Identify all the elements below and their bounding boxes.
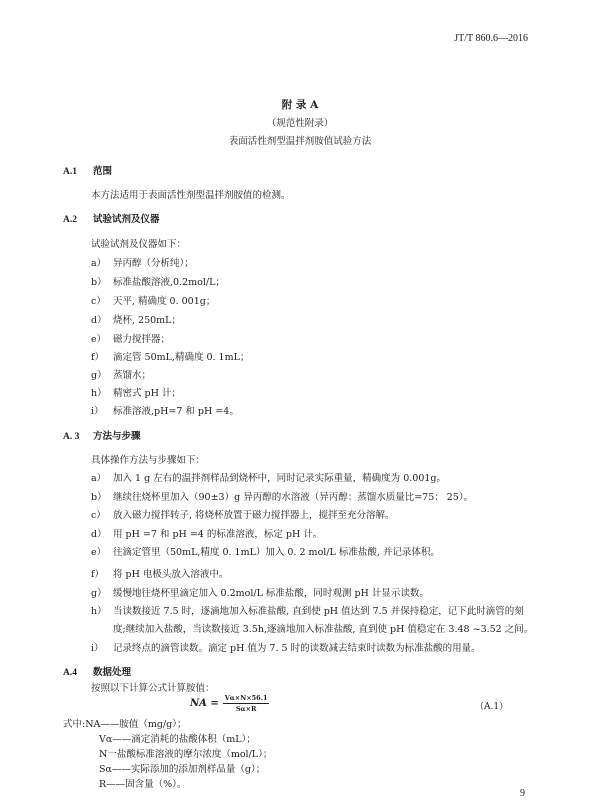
- paragraph: 试验试剂及仪器如下：: [91, 236, 186, 250]
- list-item: i）标准溶液,pH=7 和 pH =4。: [91, 403, 239, 417]
- list-item: b）继续往烧杯里加入（90±3）g 异丙醇的水溶液（异丙醇：蒸馏水质量比=75：…: [91, 489, 473, 503]
- section-heading-a4: A.4数据处理: [63, 664, 131, 678]
- list-item: g）缓慢地往烧杯里滴定加入 0.2mol/L 标准盐酸，同时观测 pH 计显示读…: [91, 585, 429, 599]
- page-number: 9: [520, 788, 525, 799]
- list-item: c）放入磁力搅拌转子, 将烧杯放置于磁力搅拌器上，搅拌至充分溶解。: [91, 507, 395, 521]
- formula-denominator: Sα×R: [236, 704, 257, 713]
- section-title: 方法与步骤: [93, 431, 141, 442]
- appendix-subtitle: （规范性附录）: [0, 115, 600, 129]
- list-item: f）滴定管 50mL,精确度 0. 1mL；: [91, 349, 249, 363]
- paragraph: 具体操作方法与步骤如下：: [91, 452, 205, 466]
- list-item-continuation: 度;继续加入盐酸，当读数接近 3.5h,逐滴地加入标准盐酸, 直到使 pH 值稳…: [113, 621, 533, 635]
- list-item: e）磁力搅拌器；: [91, 331, 170, 345]
- section-number: A.2: [63, 215, 93, 225]
- list-item: i）记录终点的滴管读数。滴定 pH 值为 7. 5 时的读数减去结束时读数为标准…: [91, 640, 481, 654]
- section-number: A.4: [63, 668, 93, 678]
- list-item: a）加入 1 g 左右的温拌剂样品到烧杯中，同时记录实际重量，精确度为 0.00…: [91, 470, 446, 484]
- section-number: A. 3: [63, 432, 93, 442]
- section-title: 试验试剂及仪器: [93, 214, 160, 225]
- paragraph: 按照以下计算公式计算胺值：: [91, 680, 215, 694]
- formula-numerator: Vα×N×56.1: [223, 694, 270, 704]
- list-item: g）蒸馏水；: [91, 367, 151, 381]
- formula-a1: NA = Vα×N×56.1 Sα×R: [190, 694, 269, 713]
- list-item: a）异丙醇（分析纯）；: [91, 255, 194, 269]
- list-item: d）烧杯, 250mL；: [91, 312, 181, 326]
- section-heading-a1: A.1范围: [63, 163, 112, 177]
- formula-lhs: NA =: [190, 698, 219, 709]
- appendix-name: 表面活性剂型温拌剂胺值试验方法: [0, 133, 600, 147]
- where-line: N一盐酸标准溶液的摩尔浓度（mol/L）；: [99, 746, 272, 760]
- list-item: c）天平, 精确度 0. 001g；: [91, 293, 215, 307]
- section-number: A.1: [63, 167, 93, 177]
- formula-fraction: Vα×N×56.1 Sα×R: [223, 694, 270, 713]
- section-heading-a3: A. 3方法与步骤: [63, 428, 141, 442]
- list-item: h）精密式 pH 计；: [91, 385, 181, 399]
- appendix-title: 附 录 A: [0, 97, 600, 112]
- list-item: b）标准盐酸溶液,0.2mol/L；: [91, 274, 225, 288]
- where-line: Vα——滴定消耗的盐酸体积（mL）；: [99, 731, 256, 745]
- list-item: f）将 pH 电极头放入溶液中。: [91, 566, 228, 580]
- section-title: 数据处理: [93, 667, 131, 678]
- paragraph: 本方法适用于表面活性剂型温拌剂胺值的检测。: [91, 187, 291, 201]
- equation-number: （A.1）: [475, 699, 508, 712]
- where-line: Sα——实际添加的添加剂样品量（g）；: [99, 761, 265, 775]
- list-item: e）往滴定管里（50mL,精度 0. 1mL）加入 0. 2 mol/L 标准盐…: [91, 544, 440, 558]
- where-line: R——固含量（%）。: [99, 776, 186, 790]
- list-item: h）当读数接近 7.5 时，逐滴地加入标准盐酸, 直到使 pH 值达到 7.5 …: [91, 603, 524, 617]
- section-heading-a2: A.2试验试剂及仪器: [63, 211, 160, 225]
- section-title: 范围: [93, 166, 112, 177]
- where-line: 式中:NA——胺值（mg/g）；: [63, 716, 187, 730]
- list-item: d）用 pH =7 和 pH =4 的标准溶液，标定 pH 计。: [91, 526, 322, 540]
- standard-number: JT/T 860.6—2016: [454, 33, 528, 44]
